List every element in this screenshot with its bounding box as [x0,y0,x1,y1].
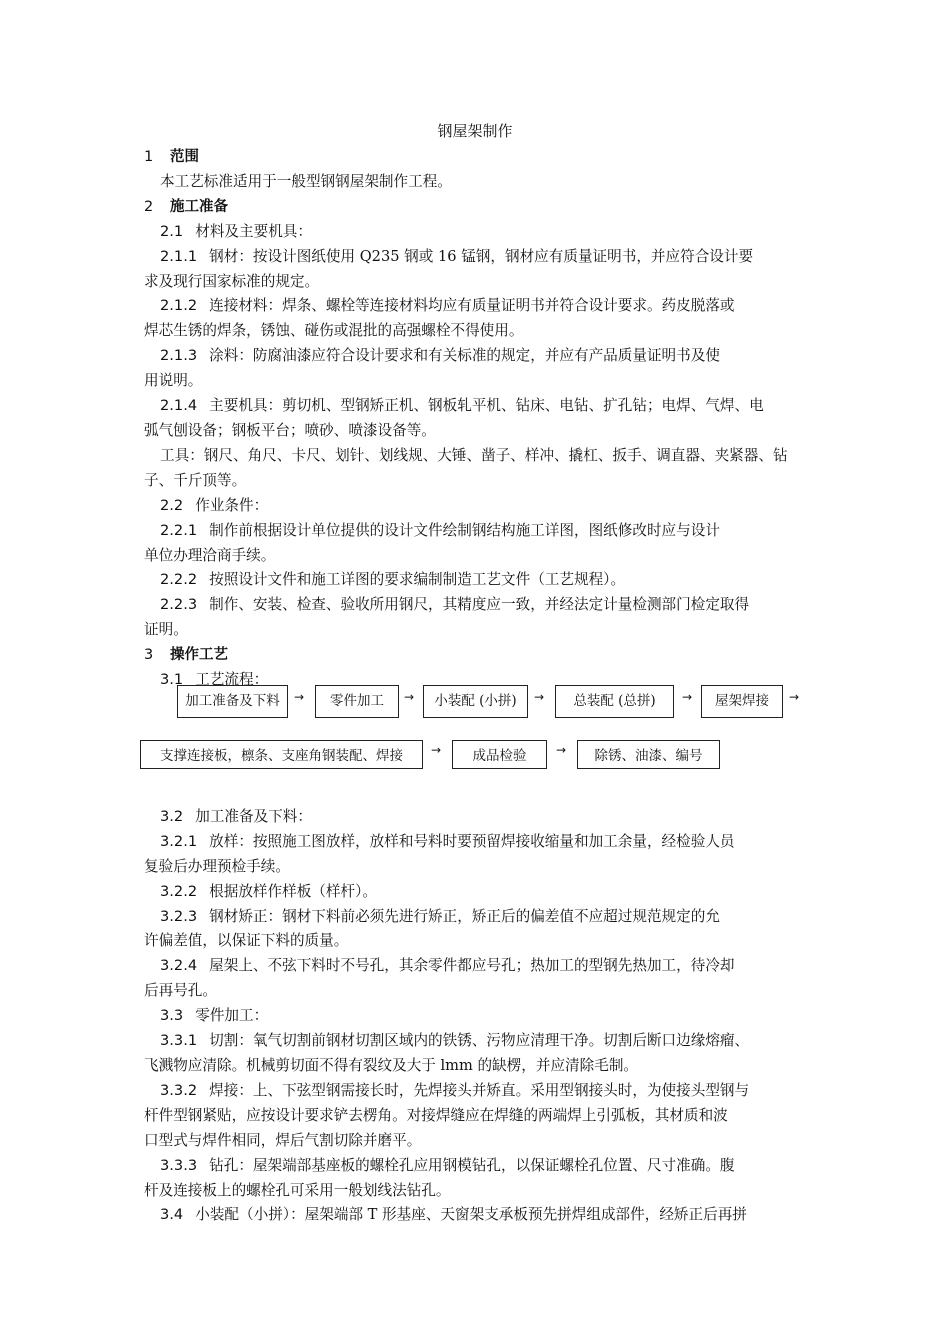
section-3-3-3-line1: 3.3.3钻孔：屋架端部基座板的螺栓孔应用钢模钻孔，以保证螺栓孔位置、尺寸准确。… [144,1154,808,1179]
section-2-1: 2.1材料及主要机具： [144,220,808,245]
section-2-heading: 2施工准备 [144,195,808,220]
section-2-1-4-line2: 弧气刨设备；钢板平台；喷砂、喷漆设备等。 [144,419,808,444]
flow-chart-spacer [144,693,808,805]
section-3-2-1-line1: 3.2.1放样：按照施工图放样，放样和号料时要预留焊接收缩量和加工余量，经检验人… [144,830,808,855]
section-1-heading: 1范围 [144,145,808,170]
document-body: 1范围 本工艺标准适用于一般型钢钢屋架制作工程。 2施工准备 2.1材料及主要机… [144,145,808,1228]
section-3-2: 3.2加工准备及下料： [144,805,808,830]
section-3-3-3-line2: 杆及连接板上的螺栓孔可采用一般划线法钻孔。 [144,1179,808,1204]
section-3-2-2-line1: 3.2.2根据放样作样板（样杆）。 [144,880,808,905]
section-3-3-2-line1: 3.3.2焊接：上、下弦型钢需接长时，先焊接头并矫直。采用型钢接头时，为使接头型… [144,1079,808,1104]
section-2-2: 2.2作业条件： [144,494,808,519]
section-2-1-2-line1: 2.1.2连接材料：焊条、螺栓等连接材料均应有质量证明书并符合设计要求。药皮脱落… [144,294,808,319]
section-3-1: 3.1工艺流程： [144,668,808,693]
section-2-2-3-line1: 2.2.3制作、安装、检查、验收所用钢尺，其精度应一致，并经法定计量检测部门检定… [144,593,808,618]
section-3-4-line1: 3.4小装配（小拼）：屋架端部 T 形基座、天窗架支承板预先拼焊组成部件，经矫正… [144,1203,808,1228]
section-2-2-2-line1: 2.2.2按照设计文件和施工详图的要求编制制造工艺文件（工艺规程）。 [144,568,808,593]
section-3-3-1-line1: 3.3.1切割：氧气切割前钢材切割区域内的铁锈、污物应清理干净。切割后断口边缘熔… [144,1029,808,1054]
section-3-2-1-line2: 复验后办理预检手续。 [144,855,808,880]
tools-line1: 工具：钢尺、角尺、卡尺、划针、划线规、大锤、凿子、样冲、撬杠、扳手、调直器、夹紧… [144,444,808,469]
section-3-2-3-line1: 3.2.3钢材矫正：钢材下料前必须先进行矫正，矫正后的偏差值不应超过规范规定的允 [144,905,808,930]
section-3-3-2-line3: 口型式与焊件相同，焊后气割切除并磨平。 [144,1129,808,1154]
section-2-1-3-line1: 2.1.3涂料：防腐油漆应符合设计要求和有关标准的规定，并应有产品质量证明书及使 [144,344,808,369]
section-3-3-2-line2: 杆件型钢紧贴，应按设计要求铲去楞角。对接焊缝应在焊缝的两端焊上引弧板，其材质和波 [144,1104,808,1129]
section-3-2-4-line2: 后再号孔。 [144,979,808,1004]
section-2-2-1-line2: 单位办理洽商手续。 [144,544,808,569]
section-3-3-1-line2: 飞溅物应清除。机械剪切面不得有裂纹及大于 lmm 的缺楞，并应清除毛制。 [144,1054,808,1079]
section-2-1-3-line2: 用说明。 [144,369,808,394]
section-2-1-1-line2: 求及现行国家标准的规定。 [144,270,808,295]
tools-line2: 子、千斤顶等。 [144,469,808,494]
section-2-2-3-line2: 证明。 [144,618,808,643]
section-3-2-4-line1: 3.2.4屋架上、不弦下料时不号孔，其余零件都应号孔；热加工的型钢先热加工，待冷… [144,954,808,979]
section-2-1-1-line1: 2.1.1钢材：按设计图纸使用 Q235 钢或 16 锰钢，钢材应有质量证明书，… [144,245,808,270]
section-3-2-3-line2: 许偏差值，以保证下料的质量。 [144,929,808,954]
section-2-1-4-line1: 2.1.4主要机具：剪切机、型钢矫正机、钢板轧平机、钻床、电钻、扩孔钻；电焊、气… [144,394,808,419]
document-page: 钢屋架制作 1范围 本工艺标准适用于一般型钢钢屋架制作工程。 2施工准备 2.1… [0,0,950,1344]
section-2-2-1-line1: 2.2.1制作前根据设计单位提供的设计文件绘制钢结构施工详图，图纸修改时应与设计 [144,519,808,544]
section-1-text: 本工艺标准适用于一般型钢钢屋架制作工程。 [144,170,808,195]
section-3-heading: 3操作工艺 [144,643,808,668]
section-2-1-2-line2: 焊芯生锈的焊条，锈蚀、碰伤或混批的高强螺栓不得使用。 [144,319,808,344]
document-title: 钢屋架制作 [0,120,950,141]
section-3-3: 3.3零件加工： [144,1004,808,1029]
